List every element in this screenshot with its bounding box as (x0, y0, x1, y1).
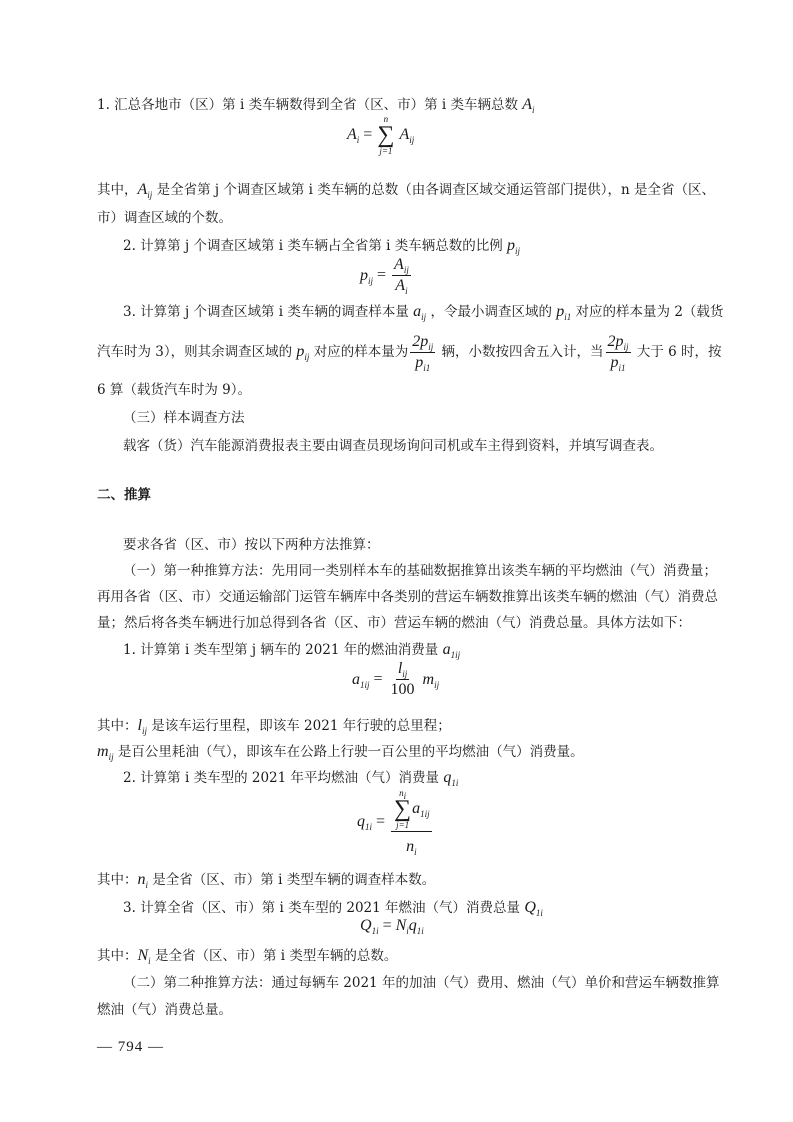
sigma-symbol: n ∑ j=1 (377, 114, 394, 156)
fraction: Aij Ai (392, 256, 411, 295)
fraction-2pij-pi1: 2pijpi1 (606, 333, 631, 372)
fraction: ni ∑ j=1 a1ij ni (391, 788, 432, 856)
s2-step1-note1: 其中：lij 是该车运行里程，即该车 2021 年行驶的总里程； (97, 716, 451, 736)
s2-step1-heading: 1. 计算第 i 类车型第 j 辆车的 2021 年的燃油消费量 a1ij (123, 640, 460, 660)
step3-line3: 6 算（载货汽车时为 9）。 (97, 380, 251, 400)
s2-step3-note: 其中：Ni 是全省（区、市）第 i 类型车辆的总数。 (97, 946, 397, 966)
fraction: lij 100 (389, 660, 417, 699)
formula-Ai-sum: Ai = n ∑ j=1 Aij (347, 114, 414, 156)
page-number: — 794 — (97, 1039, 164, 1056)
subsection3-title: （三）样本调查方法 (123, 408, 245, 428)
formula-pij: pij = Aij Ai (360, 256, 413, 295)
step1-note-line2: 市）调查区域的个数。 (97, 208, 232, 228)
formula-a1ij: a1ij = lij 100 mij (352, 660, 439, 699)
fraction-2pij-pi1: 2pijpi1 (410, 333, 435, 372)
method1-line1: （一）第一种推算方法：先用同一类别样本车的基础数据推算出该类车辆的平均燃油（气）… (123, 561, 717, 581)
step1-text: 1. 汇总各地市（区）第 i 类车辆数得到全省（区、市）第 i 类车辆总数 (97, 97, 522, 113)
method2-line2: 燃油（气）消费总量。 (97, 1000, 232, 1020)
s2-step1-note2: mij 是百公里耗油（气），即该车在公路上行驶一百公里的平均燃油（气）消费量。 (97, 742, 584, 762)
step2-heading: 2. 计算第 j 个调查区域第 i 类车辆占全省第 i 类车辆总数的比例 pij (123, 236, 520, 256)
formula-q1i: q1i = ni ∑ j=1 a1ij ni (357, 788, 434, 856)
document-page: 1. 汇总各地市（区）第 i 类车辆数得到全省（区、市）第 i 类车辆总数 Ai… (0, 0, 793, 1122)
step1-note-line1: 其中，Aij 是全省第 j 个调查区域第 i 类车辆的总数（由各调查区域交通运管… (97, 180, 715, 200)
method1-line2: 再用各省（区、市）交通运输部门运管车辆库中各类别的营运车辆数推算出该类车辆的燃油… (97, 587, 718, 607)
s2-step3-heading: 3. 计算全省（区、市）第 i 类车型的 2021 年燃油（气）消费总量 Q1i (123, 898, 543, 918)
step1-heading: 1. 汇总各地市（区）第 i 类车辆数得到全省（区、市）第 i 类车辆总数 Ai (97, 95, 535, 115)
var-Ai: Ai (522, 96, 534, 113)
sigma-symbol: ni ∑ j=1 (394, 788, 411, 830)
subsection3-text: 载客（货）汽车能源消费报表主要由调查员现场询问司机或车主得到资料，并填写调查表。 (123, 436, 663, 456)
method1-line3: 量；然后将各类车辆进行加总得到各省（区、市）营运车辆的燃油（气）消费总量。具体方… (97, 613, 691, 633)
step3-line1: 3. 计算第 j 个调查区域第 i 类车辆的调查样本量 aij ，令最小调查区域… (123, 302, 723, 322)
formula-Q1i: Q1i = Niq1i (360, 917, 424, 935)
s2-step2-heading: 2. 计算第 i 类车型的 2021 年平均燃油（气）消费量 q1i (123, 768, 458, 788)
s2-step2-note: 其中：ni 是全省（区、市）第 i 类型车辆的调查样本数。 (97, 870, 435, 890)
section2-intro: 要求各省（区、市）按以下两种方法推算： (123, 535, 380, 555)
step3-line2: 汽车时为 3），则其余调查区域的 pij 对应的样本量为2pijpi1 辆，小数… (97, 330, 722, 374)
method2-line1: （二）第二种推算方法：通过每辆车 2021 年的加油（气）费用、燃油（气）单价和… (123, 973, 719, 993)
section2-title: 二、推算 (97, 485, 151, 505)
